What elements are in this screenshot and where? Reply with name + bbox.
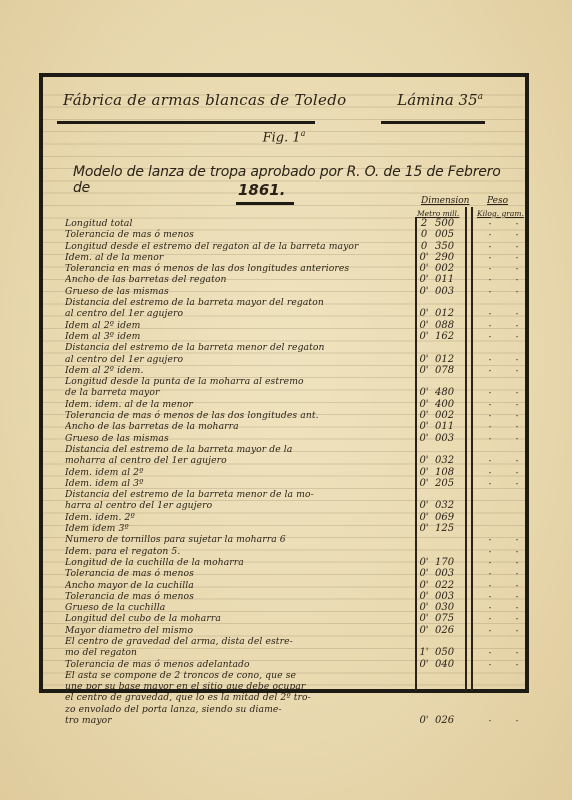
kilograms-value: - — [483, 241, 497, 252]
kilograms-value: - — [483, 546, 497, 557]
grams-value: - — [510, 478, 524, 489]
millimeters-value: 069 — [435, 512, 463, 523]
row-description: Tolerancia de mas ó menos — [65, 568, 425, 579]
kilograms-value: - — [483, 478, 497, 489]
document-title: Modelo de lanza de tropa aprobado por R.… — [73, 164, 513, 196]
grams-value: - — [510, 568, 524, 579]
table-row: Longitud desde la punta de la moharra al… — [65, 376, 515, 387]
row-description: Distancia del estremo de la barreta mayo… — [65, 444, 425, 455]
table-row: Ancho de las barretas del regaton0'011-- — [65, 274, 515, 285]
millimeters-value: 011 — [435, 274, 463, 285]
grams-value: - — [510, 580, 524, 591]
table-row: Longitud del cubo de la moharra0'075-- — [65, 613, 515, 624]
row-description: el centro de gravedad, que lo es la mita… — [65, 692, 425, 703]
grams-value: - — [510, 613, 524, 624]
kilograms-value: - — [483, 354, 497, 365]
dimension-column-header: Dimension — [421, 196, 469, 206]
millimeters-value: 003 — [435, 286, 463, 297]
table-row: Tolerancia de mas ó menos adelantado0'04… — [65, 659, 515, 670]
grams-value: - — [510, 263, 524, 274]
kilograms-value: - — [483, 455, 497, 466]
millimeters-value: 026 — [435, 625, 463, 636]
kilograms-value: - — [483, 602, 497, 613]
millimeters-value: 125 — [435, 523, 463, 534]
meters-value: 0' — [417, 478, 431, 489]
table-row: Idem al 2º idem0'088-- — [65, 320, 515, 331]
grams-value: - — [510, 602, 524, 613]
grams-value: - — [510, 399, 524, 410]
row-description: Idem. idem al 2º — [65, 467, 425, 478]
kilograms-value: - — [483, 625, 497, 636]
grams-value: - — [510, 274, 524, 285]
millimeters-value: 032 — [435, 500, 463, 511]
grams-value: - — [510, 546, 524, 557]
row-description: Idem idem 3º — [65, 523, 425, 534]
meters-value: 0' — [417, 512, 431, 523]
millimeters-value: 002 — [435, 410, 463, 421]
row-description: tro mayor — [65, 715, 425, 726]
meters-value: 0' — [417, 659, 431, 670]
kilograms-value: - — [483, 308, 497, 319]
dimension-units-header: Metro mill. — [417, 209, 459, 218]
table-row: Grueso de las mismas0'003-- — [65, 286, 515, 297]
figure-text: Fig. 1 — [263, 130, 301, 145]
meters-value: 0' — [417, 354, 431, 365]
meters-value: 0' — [417, 274, 431, 285]
table-row: al centro del 1er agujero0'012-- — [65, 308, 515, 319]
table-row: Longitud total2500-- — [65, 218, 515, 229]
grams-value: - — [510, 320, 524, 331]
table-row: Idem. idem al 3º0'205-- — [65, 478, 515, 489]
row-description: Idem. al de la menor — [65, 252, 425, 263]
kilograms-value: - — [483, 410, 497, 421]
kilograms-value: - — [483, 399, 497, 410]
millimeters-value: 005 — [435, 229, 463, 240]
grams-value: - — [510, 433, 524, 444]
meters-value: 0 — [417, 241, 431, 252]
grams-value: - — [510, 715, 524, 726]
row-description: moharra al centro del 1er agujero — [65, 455, 425, 466]
grams-value: - — [510, 308, 524, 319]
row-description: Ancho de las barretas de la moharra — [65, 421, 425, 432]
kilograms-value: - — [483, 591, 497, 602]
table-row: Idem. para el regaton 5.-- — [65, 546, 515, 557]
grams-value: - — [510, 410, 524, 421]
millimeters-value: 088 — [435, 320, 463, 331]
meters-value: 0' — [417, 252, 431, 263]
row-description: Idem. idem. al de la menor — [65, 399, 425, 410]
institution-heading: Fábrica de armas blancas de Toledo — [63, 91, 346, 109]
meters-value: 2 — [417, 218, 431, 229]
grams-value: - — [510, 557, 524, 568]
millimeters-value: 003 — [435, 433, 463, 444]
figure-suffix: a — [301, 129, 306, 138]
table-row: El centro de gravedad del arma, dista de… — [65, 636, 515, 647]
millimeters-value: 022 — [435, 580, 463, 591]
row-description: Tolerancia de mas ó menos — [65, 229, 425, 240]
millimeters-value: 030 — [435, 602, 463, 613]
millimeters-value: 480 — [435, 387, 463, 398]
row-description: harra al centro del 1er agujero — [65, 500, 425, 511]
meters-value: 0' — [417, 387, 431, 398]
row-description: Idem. idem al 3º — [65, 478, 425, 489]
grams-value: - — [510, 534, 524, 545]
millimeters-value: 012 — [435, 354, 463, 365]
row-description: de la barreta mayor — [65, 387, 425, 398]
row-description: Longitud total — [65, 218, 425, 229]
kilograms-value: - — [483, 557, 497, 568]
millimeters-value: 032 — [435, 455, 463, 466]
row-description: Distancia del estremo de la barreta meno… — [65, 489, 425, 500]
kilograms-value: - — [483, 218, 497, 229]
row-description: Numero de tornillos para sujetar la moha… — [65, 534, 425, 545]
table-row: de la barreta mayor0'480-- — [65, 387, 515, 398]
meters-value: 0' — [417, 320, 431, 331]
table-row: el centro de gravedad, que lo es la mita… — [65, 692, 515, 703]
millimeters-value: 050 — [435, 647, 463, 658]
peso-column-header: Peso — [487, 196, 508, 206]
meters-value: 0' — [417, 591, 431, 602]
meters-value: 0' — [417, 602, 431, 613]
table-row: Idem al 2º idem.0'078-- — [65, 365, 515, 376]
kilograms-value: - — [483, 263, 497, 274]
meters-value: 0' — [417, 433, 431, 444]
millimeters-value: 040 — [435, 659, 463, 670]
figure-label: Fig. 1a — [43, 129, 525, 145]
kilograms-value: - — [483, 647, 497, 658]
table-row: Ancho de las barretas de la moharra0'011… — [65, 421, 515, 432]
row-description: Ancho mayor de la cuchilla — [65, 580, 425, 591]
row-description: Grueso de las mismas — [65, 433, 425, 444]
table-row: Tolerancia de mas ó menos0'003-- — [65, 591, 515, 602]
plate-number: Lámina 35a — [397, 91, 483, 109]
row-description: Idem. idem. 2º — [65, 512, 425, 523]
millimeters-value: 078 — [435, 365, 463, 376]
grams-value: - — [510, 252, 524, 263]
meters-value: 0' — [417, 613, 431, 624]
table-row: Mayor diametro del mismo0'026-- — [65, 625, 515, 636]
table-row: zo envolado del porta lanza, siendo su d… — [65, 704, 515, 715]
millimeters-value: 002 — [435, 263, 463, 274]
row-description: Longitud de la cuchilla de la moharra — [65, 557, 425, 568]
kilograms-value: - — [483, 568, 497, 579]
table-row: Ancho mayor de la cuchilla0'022-- — [65, 580, 515, 591]
kilograms-value: - — [483, 659, 497, 670]
grams-value: - — [510, 354, 524, 365]
millimeters-value: 012 — [435, 308, 463, 319]
row-description: Tolerancia de mas ó menos — [65, 591, 425, 602]
table-row: Idem al 3º idem0'162-- — [65, 331, 515, 342]
table-row: mo del regaton1'050-- — [65, 647, 515, 658]
row-description: mo del regaton — [65, 647, 425, 658]
grams-value: - — [510, 659, 524, 670]
grams-value: - — [510, 647, 524, 658]
meters-value: 0' — [417, 568, 431, 579]
meters-value: 0' — [417, 263, 431, 274]
table-row: Distancia del estremo de la barreta mayo… — [65, 297, 515, 308]
row-description: Mayor diametro del mismo — [65, 625, 425, 636]
meters-value: 0' — [417, 625, 431, 636]
millimeters-value: 205 — [435, 478, 463, 489]
table-row: Idem. idem al 2º0'108-- — [65, 467, 515, 478]
kilograms-value: - — [483, 387, 497, 398]
meters-value: 0' — [417, 580, 431, 591]
table-row: Grueso de las mismas0'003-- — [65, 433, 515, 444]
table-row: une por su base mayor en el sitio que de… — [65, 681, 515, 692]
meters-value: 0' — [417, 421, 431, 432]
millimeters-value: 003 — [435, 591, 463, 602]
row-description: Distancia del estremo de la barreta mayo… — [65, 297, 425, 308]
kilograms-value: - — [483, 613, 497, 624]
peso-units-header: Kilog. gram. — [477, 209, 524, 218]
meters-value: 0' — [417, 500, 431, 511]
row-description: al centro del 1er agujero — [65, 308, 425, 319]
table-row: El asta se compone de 2 troncos de cono,… — [65, 670, 515, 681]
kilograms-value: - — [483, 580, 497, 591]
millimeters-value: 500 — [435, 218, 463, 229]
table-row: Idem. idem. al de la menor0'400-- — [65, 399, 515, 410]
meters-value: 0 — [417, 229, 431, 240]
meters-value: 0' — [417, 308, 431, 319]
millimeters-value: 026 — [435, 715, 463, 726]
table-row: Idem. al de la menor0'290-- — [65, 252, 515, 263]
plate-label: Lámina 35 — [397, 91, 477, 109]
document-frame: Fábrica de armas blancas de Toledo Lámin… — [39, 73, 529, 693]
kilograms-value: - — [483, 534, 497, 545]
meters-value: 0' — [417, 715, 431, 726]
grams-value: - — [510, 591, 524, 602]
kilograms-value: - — [483, 421, 497, 432]
meters-value: 0' — [417, 286, 431, 297]
meters-value: 0' — [417, 557, 431, 568]
millimeters-value: 350 — [435, 241, 463, 252]
row-description: une por su base mayor en el sitio que de… — [65, 681, 425, 692]
kilograms-value: - — [483, 229, 497, 240]
kilograms-value: - — [483, 365, 497, 376]
table-row: Idem. idem. 2º0'069 — [65, 512, 515, 523]
millimeters-value: 003 — [435, 568, 463, 579]
millimeters-value: 075 — [435, 613, 463, 624]
row-description: Idem al 3º idem — [65, 331, 425, 342]
grams-value: - — [510, 229, 524, 240]
row-description: Tolerancia de mas ó menos de las dos lon… — [65, 410, 425, 421]
table-row: moharra al centro del 1er agujero0'032-- — [65, 455, 515, 466]
millimeters-value: 108 — [435, 467, 463, 478]
millimeters-value: 170 — [435, 557, 463, 568]
table-row: Idem idem 3º0'125 — [65, 523, 515, 534]
row-description: Longitud desde el estremo del regaton al… — [65, 241, 425, 252]
meters-value: 0' — [417, 410, 431, 421]
table-row: Distancia del estremo de la barreta mayo… — [65, 444, 515, 455]
heading-underline — [57, 121, 315, 124]
grams-value: - — [510, 331, 524, 342]
row-description: El asta se compone de 2 troncos de cono,… — [65, 670, 425, 681]
grams-value: - — [510, 387, 524, 398]
measurements-table: Longitud total2500--Tolerancia de mas ó … — [65, 218, 515, 726]
kilograms-value: - — [483, 715, 497, 726]
table-row: Grueso de la cuchilla0'030-- — [65, 602, 515, 613]
table-row: Tolerancia de mas ó menos de las dos lon… — [65, 410, 515, 421]
kilograms-value: - — [483, 274, 497, 285]
kilograms-value: - — [483, 252, 497, 263]
row-description: Ancho de las barretas del regaton — [65, 274, 425, 285]
row-description: Longitud desde la punta de la moharra al… — [65, 376, 425, 387]
row-description: Tolerancia de mas ó menos adelantado — [65, 659, 425, 670]
grams-value: - — [510, 365, 524, 376]
grams-value: - — [510, 286, 524, 297]
grams-value: - — [510, 455, 524, 466]
grams-value: - — [510, 467, 524, 478]
table-row: tro mayor0'026-- — [65, 715, 515, 726]
table-row: al centro del 1er agujero0'012-- — [65, 354, 515, 365]
kilograms-value: - — [483, 320, 497, 331]
grams-value: - — [510, 218, 524, 229]
document-year: 1861. — [238, 181, 285, 199]
millimeters-value: 400 — [435, 399, 463, 410]
row-description: Idem al 2º idem — [65, 320, 425, 331]
row-description: Distancia del estremo de la barreta meno… — [65, 342, 425, 353]
grams-value: - — [510, 241, 524, 252]
plate-underline — [381, 121, 485, 124]
meters-value: 0' — [417, 365, 431, 376]
plate-suffix: a — [478, 92, 483, 102]
table-row: Longitud desde el estremo del regaton al… — [65, 241, 515, 252]
row-description: zo envolado del porta lanza, siendo su d… — [65, 704, 425, 715]
row-description: Longitud del cubo de la moharra — [65, 613, 425, 624]
meters-value: 0' — [417, 467, 431, 478]
row-description: Grueso de las mismas — [65, 286, 425, 297]
table-row: Tolerancia de mas ó menos0005-- — [65, 229, 515, 240]
kilograms-value: - — [483, 467, 497, 478]
table-row: Distancia del estremo de la barreta meno… — [65, 342, 515, 353]
row-description: Grueso de la cuchilla — [65, 602, 425, 613]
millimeters-value: 290 — [435, 252, 463, 263]
millimeters-value: 162 — [435, 331, 463, 342]
row-description: Idem. para el regaton 5. — [65, 546, 425, 557]
kilograms-value: - — [483, 331, 497, 342]
grams-value: - — [510, 421, 524, 432]
row-description: El centro de gravedad del arma, dista de… — [65, 636, 425, 647]
year-underline — [236, 202, 294, 205]
row-description: Tolerancia en mas ó menos de las dos lon… — [65, 263, 425, 274]
table-row: Tolerancia en mas ó menos de las dos lon… — [65, 263, 515, 274]
meters-value: 1' — [417, 647, 431, 658]
row-description: al centro del 1er agujero — [65, 354, 425, 365]
meters-value: 0' — [417, 455, 431, 466]
meters-value: 0' — [417, 331, 431, 342]
grams-value: - — [510, 625, 524, 636]
table-row: Distancia del estremo de la barreta meno… — [65, 489, 515, 500]
table-row: harra al centro del 1er agujero0'032 — [65, 500, 515, 511]
meters-value: 0' — [417, 523, 431, 534]
kilograms-value: - — [483, 286, 497, 297]
millimeters-value: 011 — [435, 421, 463, 432]
row-description: Idem al 2º idem. — [65, 365, 425, 376]
table-row: Numero de tornillos para sujetar la moha… — [65, 534, 515, 545]
meters-value: 0' — [417, 399, 431, 410]
kilograms-value: - — [483, 433, 497, 444]
table-row: Tolerancia de mas ó menos0'003-- — [65, 568, 515, 579]
table-row: Longitud de la cuchilla de la moharra0'1… — [65, 557, 515, 568]
